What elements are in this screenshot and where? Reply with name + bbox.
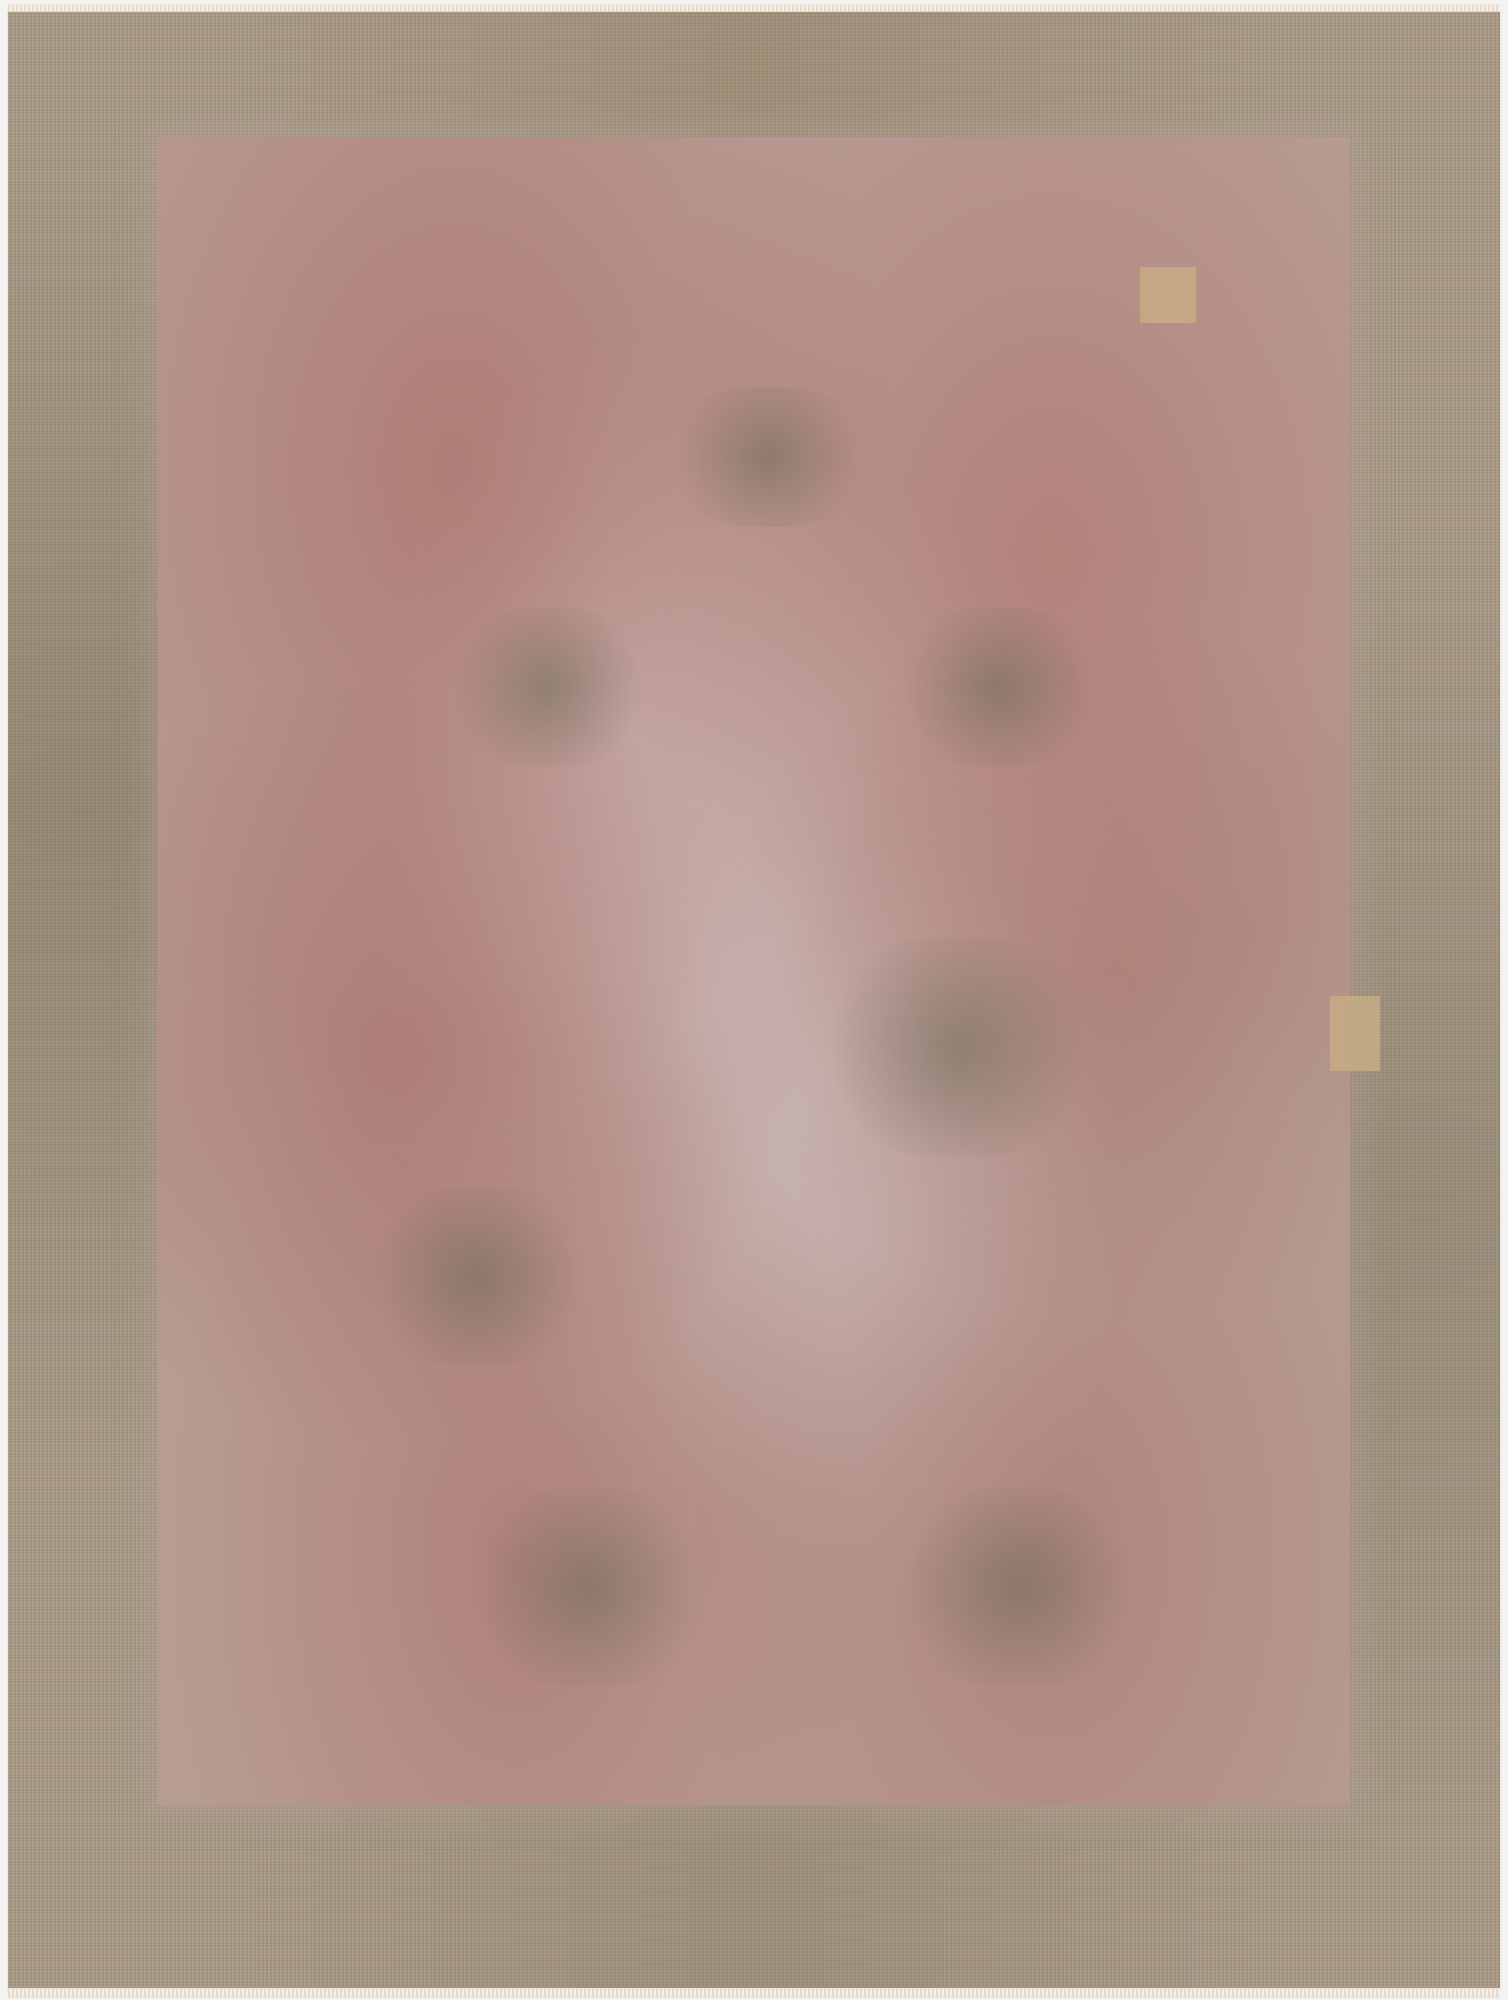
floral-motif	[438, 607, 658, 767]
repair-patch	[1330, 996, 1380, 1071]
rug-field	[158, 137, 1350, 1805]
bottom-fringe	[8, 1988, 1500, 1998]
floral-motif	[888, 607, 1108, 767]
floral-motif	[888, 1487, 1148, 1687]
floral-motif	[358, 1187, 598, 1367]
repair-patch	[1140, 267, 1196, 323]
rug	[8, 12, 1500, 1990]
floral-motif	[458, 1487, 718, 1687]
floral-motif	[658, 387, 878, 527]
floral-motif	[808, 937, 1108, 1157]
